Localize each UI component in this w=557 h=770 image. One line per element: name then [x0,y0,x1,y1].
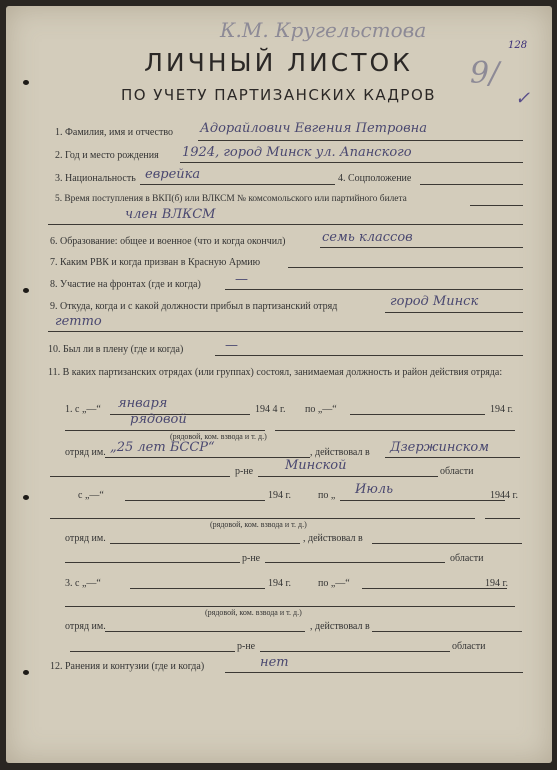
field-value-1: Адорайлович Евгения Петровна [200,121,427,136]
field-label-4: 4. Соцположение [338,173,411,184]
punch-hole [23,80,29,85]
punch-hole [23,288,29,293]
field-label-1: 1. Фамилия, имя и отчество [55,127,173,138]
field-label-12: 12. Ранения и контузии (где и когда) [50,661,204,672]
field-label-2: 2. Год и место рождения [55,150,159,161]
unit1-region: Дзержинском [390,440,489,455]
field-label-6: 6. Образование: общее и военное (что и к… [50,236,285,247]
unit2-to-month: Июль [355,482,393,497]
punch-hole [23,670,29,675]
field-value-3: еврейка [145,167,200,182]
field-value-6: семь классов [322,230,413,245]
unit1-from-month: января [118,396,167,411]
pencil-note: К.М. Кругельстова [220,18,426,42]
field-label-10: 10. Был ли в плену (где и когда) [48,344,183,355]
unit1-oblast: Минской [285,458,347,473]
field-value-12: нет [260,655,289,670]
field-value-5: член ВЛКСМ [125,207,215,222]
check-mark-icon: ✓ [515,88,530,109]
field-value-9: город Минск [390,294,478,309]
field-value-10: — [225,338,238,353]
field-value-8: — [235,272,248,287]
field-label-7: 7. Каким РВК и когда призван в Красную А… [50,257,260,268]
field-value-9b: гетто [55,314,102,329]
field-label-11: 11. В каких партизанских отрядах (или гр… [48,366,523,380]
field-label-5: 5. Время поступления в ВКП(б) или ВЛКСМ … [55,194,407,204]
unit1-detachment: „25 лет БССР“ [110,440,215,455]
pencil-number: 9/ [470,56,499,91]
field-label-8: 8. Участие на фронтах (где и когда) [50,279,201,290]
field-label-3: 3. Национальность [55,173,136,184]
unit1-position: рядовой [130,412,187,427]
field-label-9: 9. Откуда, когда и с какой должности при… [50,301,337,312]
punch-hole [23,495,29,500]
archive-number: 128 [508,40,527,51]
field-value-2: 1924, город Минск ул. Апанского [182,145,412,160]
